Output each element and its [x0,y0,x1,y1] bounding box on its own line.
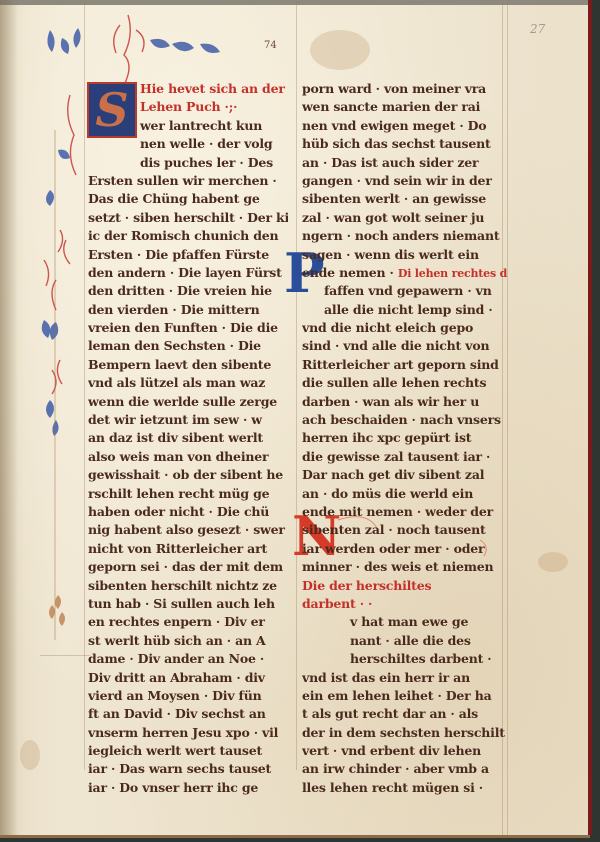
text-line: setzt · siben herschilt · Der ki [88,209,288,227]
rubric-heading: Di lehen rechtes darbent [398,267,507,280]
text-line: leman den Sechsten · Die [88,337,288,355]
text-line: nen welle · der volg [88,135,288,153]
text-line: st werlt hüb sich an · an A [88,632,288,650]
pencil-foliation: 27 [530,22,545,36]
text-line: alle die nicht lemp sind · [302,301,507,319]
text-line: iegleich werlt wert tauset [88,742,288,760]
rubric-line: Hie hevet sich an der [88,80,288,98]
text-line: der in dem sechsten herschilt [302,724,507,742]
text-line: minner · des weis et niemen [302,558,507,576]
text-line: vierd an Moysen · Div fün [88,687,288,705]
text-line: ende mit nemen · weder der [302,503,507,521]
text-line: Dar nach get div sibent zal [302,466,507,484]
text-line: Das die Chüng habent ge [88,190,288,208]
text-fragment: ende nemen · [302,265,394,280]
text-line: nen vnd ewigen meget · Do [302,117,507,135]
text-line: die sullen alle lehen rechts [302,374,507,392]
text-line: geporn sei · das der mit dem [88,558,288,576]
text-line: an irw chinder · aber vmb a [302,760,507,778]
text-line: t als gut recht dar an · als [302,705,507,723]
text-line: Ersten · Die pfaffen Fürste [88,246,288,264]
text-line: sind · vnd alle die nicht von [302,337,507,355]
text-line: iar · Do vnser herr ihc ge [88,779,288,797]
text-line: det wir ietzunt im sew · w [88,411,288,429]
text-column-left: Hie hevet sich an der Lehen Puch ·;· wer… [88,80,288,797]
text-line: en rechtes enpern · Div er [88,613,288,631]
text-column-right: porn ward · von meiner vra wen sancte ma… [302,80,507,797]
text-line: darben · wan als wir her u [302,393,507,411]
text-line: ein em lehen leihet · Der ha [302,687,507,705]
text-line: ft an David · Div sechst an [88,705,288,723]
text-line: iar werden oder mer · oder [302,540,507,558]
text-line: sagen · wenn dis werlt ein [302,246,507,264]
text-line: an daz ist div sibent werlt [88,429,288,447]
rubric-heading: Die der herschiltes [302,577,507,595]
text-line: ngern · noch anders niemant [302,227,507,245]
text-line: ic der Romisch chunich den [88,227,288,245]
text-line: Div dritt an Abraham · div [88,669,288,687]
text-line: porn ward · von meiner vra [302,80,507,98]
text-line: also weis man von dheiner [88,448,288,466]
text-line: herschiltes darbent · [302,650,507,668]
folio-number: 74 [264,40,277,51]
text-line: vnd die nicht eleich gepo [302,319,507,337]
text-line: vnd als lützel als man waz [88,374,288,392]
text-line: den vierden · Die mittern [88,301,288,319]
text-line: wenn die werlde sulle zerge [88,393,288,411]
text-line: sibenten werlt · an gewisse [302,190,507,208]
text-line: den dritten · Die vreien hie [88,282,288,300]
text-line: ach beschaiden · nach vnsers [302,411,507,429]
text-line: vnd ist das ein herr ir an [302,669,507,687]
text-line: vreien den Funften · Die die [88,319,288,337]
text-line: nig habent also gesezt · swer [88,521,288,539]
text-line: rschilt lehen recht müg ge [88,485,288,503]
text-line: haben oder nicht · Die chü [88,503,288,521]
text-line: Ersten sullen wir merchen · [88,172,288,190]
text-line: den andern · Die layen Fürst [88,264,288,282]
text-line: iar · Das warn sechs tauset [88,760,288,778]
text-line: hüb sich das sechst tausent [302,135,507,153]
text-line: wer lantrecht kun [88,117,288,135]
text-line: Ritterleicher art geporn sind [302,356,507,374]
manuscript-page: 74 27 S P N Hie hevet sich an der Lehen … [0,0,590,838]
text-line: v hat man ewe ge [302,613,507,631]
text-line: lles lehen recht mügen si · [302,779,507,797]
text-line: nant · alle die des [302,632,507,650]
text-line: sibenten herschilt nichtz ze [88,577,288,595]
text-line: die gewisse zal tausent iar · [302,448,507,466]
text-line: zal · wan got wolt seiner ju [302,209,507,227]
text-line: Bempern laevt den sibente [88,356,288,374]
text-line: tun hab · Si sullen auch leh [88,595,288,613]
text-line: dame · Div ander an Noe · [88,650,288,668]
text-line: vnserm herren Jesu xpo · vil [88,724,288,742]
rubric-line: Lehen Puch ·;· [88,98,288,116]
text-line: an · Das ist auch sider zer [302,154,507,172]
text-line: dis puches ler · Des [88,154,288,172]
text-line: nicht von Ritterleicher art [88,540,288,558]
text-line: gangen · vnd sein wir in der [302,172,507,190]
text-line: faffen vnd gepawern · vn [302,282,507,300]
text-line: ende nemen · Di lehen rechtes darbent [302,264,507,282]
text-line: sibenten zal · noch tausent [302,521,507,539]
rubric-heading: darbent · · [302,595,507,613]
text-line: gewisshait · ob der sibent he [88,466,288,484]
text-line: an · do müs die werld ein [302,485,507,503]
text-line: wen sancte marien der rai [302,98,507,116]
text-line: vert · vnd erbent div lehen [302,742,507,760]
text-line: herren ihc xpc gepürt ist [302,429,507,447]
